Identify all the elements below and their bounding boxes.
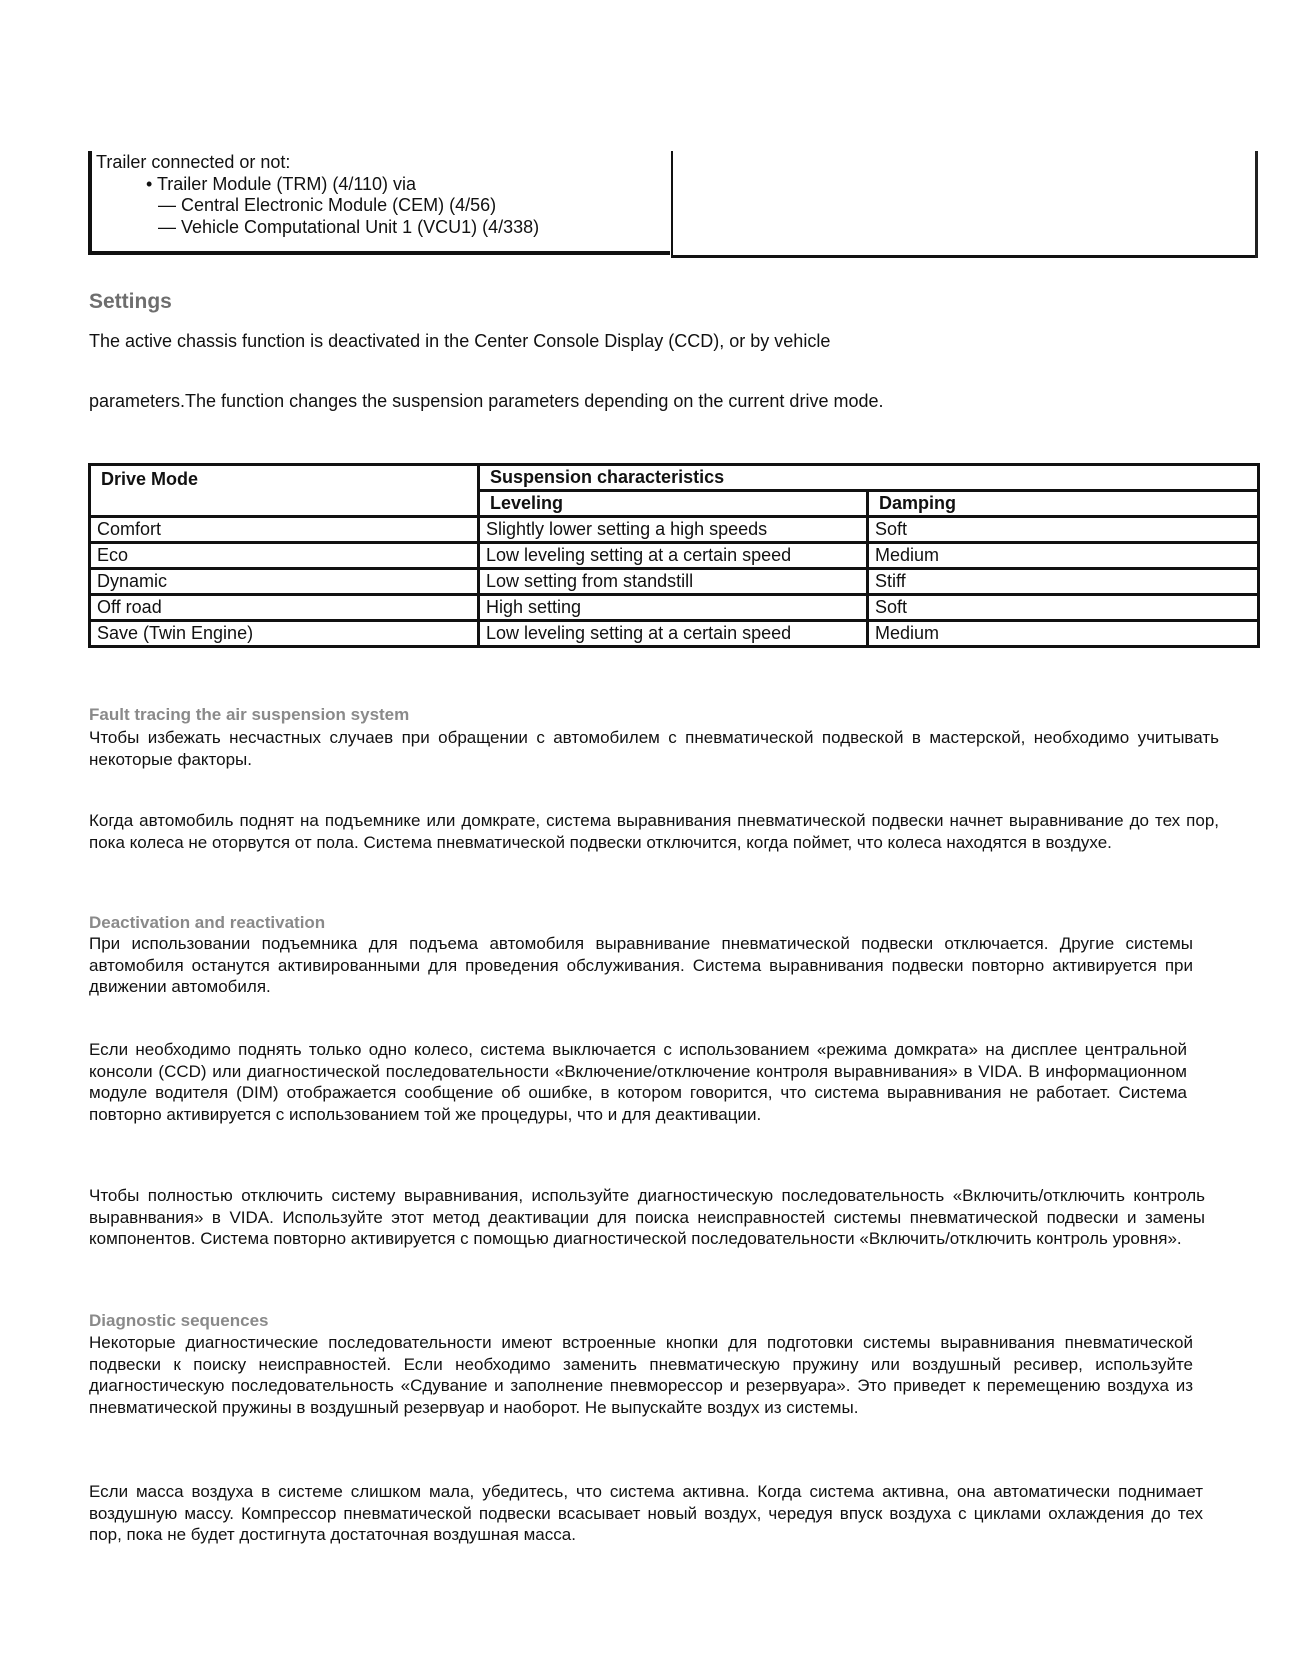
trailer-info-table: Trailer connected or not: • Trailer Modu…: [88, 151, 1258, 258]
vcu1-item: — Vehicle Computational Unit 1 (VCU1) (4…: [96, 217, 539, 239]
fault-tracing-paragraph-1: Чтобы избежать несчастных случаев при об…: [89, 727, 1219, 770]
cell-damping: Stiff: [868, 569, 1259, 595]
cem-item: — Central Electronic Module (CEM) (4/56): [96, 195, 539, 217]
fault-tracing-heading: Fault tracing the air suspension system: [89, 704, 409, 725]
diagnostic-sequences-paragraph-1: Некоторые диагностические последовательн…: [89, 1332, 1193, 1418]
diagnostic-sequences-paragraph-2: Если масса воздуха в системе слишком мал…: [89, 1481, 1203, 1546]
cell-mode: Dynamic: [90, 569, 479, 595]
cell-leveling: Low setting from standstill: [479, 569, 868, 595]
trailer-module-item: • Trailer Module (TRM) (4/110) via: [96, 174, 539, 196]
table-header-row: Drive Mode Suspension characteristics: [90, 465, 1259, 491]
cell-damping: Soft: [868, 595, 1259, 621]
cell-leveling: Low leveling setting at a certain speed: [479, 621, 868, 647]
header-leveling: Leveling: [479, 491, 868, 517]
trailer-info-text: Trailer connected or not: • Trailer Modu…: [96, 152, 539, 239]
header-damping: Damping: [868, 491, 1259, 517]
trailer-connected-label: Trailer connected or not:: [96, 152, 539, 174]
table-row: Save (Twin Engine) Low leveling setting …: [90, 621, 1259, 647]
cell-damping: Medium: [868, 621, 1259, 647]
cell-mode: Eco: [90, 543, 479, 569]
table-border-bottom: [672, 255, 1258, 258]
table-row: Off road High setting Soft: [90, 595, 1259, 621]
cell-mode: Off road: [90, 595, 479, 621]
column-divider: [671, 151, 673, 258]
cell-leveling: High setting: [479, 595, 868, 621]
drive-mode-table: Drive Mode Suspension characteristics Le…: [88, 463, 1260, 648]
header-suspension-characteristics: Suspension characteristics: [479, 465, 1259, 491]
settings-text-line-1: The active chassis function is deactivat…: [89, 331, 830, 352]
diagnostic-sequences-heading: Diagnostic sequences: [89, 1310, 269, 1331]
table-row: Dynamic Low setting from standstill Stif…: [90, 569, 1259, 595]
cell-leveling: Slightly lower setting a high speeds: [479, 517, 868, 543]
deactivation-paragraph-3: Чтобы полностью отключить систему выравн…: [89, 1185, 1205, 1250]
header-drive-mode: Drive Mode: [90, 465, 479, 517]
deactivation-heading: Deactivation and reactivation: [89, 912, 325, 933]
cell-mode: Comfort: [90, 517, 479, 543]
table-row: Comfort Slightly lower setting a high sp…: [90, 517, 1259, 543]
settings-heading: Settings: [89, 290, 172, 314]
settings-text-line-2: parameters.The function changes the susp…: [89, 391, 883, 412]
cell-damping: Medium: [868, 543, 1259, 569]
fault-tracing-paragraph-2: Когда автомобиль поднят на подъемнике ил…: [89, 810, 1219, 853]
deactivation-paragraph-2: Если необходимо поднять только одно коле…: [89, 1039, 1187, 1125]
deactivation-paragraph-1: При использовании подъемника для подъема…: [89, 933, 1193, 998]
cell-leveling: Low leveling setting at a certain speed: [479, 543, 868, 569]
table-border-right: [1255, 151, 1258, 258]
cell-mode: Save (Twin Engine): [90, 621, 479, 647]
cell-damping: Soft: [868, 517, 1259, 543]
table-row: Eco Low leveling setting at a certain sp…: [90, 543, 1259, 569]
